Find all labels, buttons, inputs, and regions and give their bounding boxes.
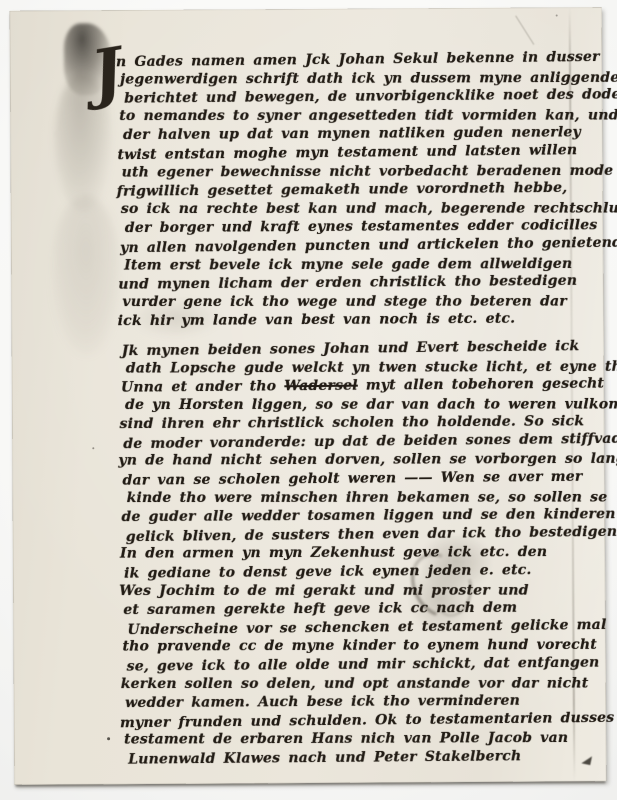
- ink-speck: [92, 447, 94, 449]
- manuscript-line: vurder gene ick tho wege und stege tho b…: [123, 292, 562, 311]
- paragraph: n Gades namen amen Jck Johan Sekul beken…: [120, 49, 562, 331]
- paper-crease-diagonal: [515, 16, 534, 45]
- ink-speck: [556, 14, 558, 16]
- manuscript-line: ick hir ym lande van best van noch is et…: [118, 310, 562, 331]
- manuscript-line: kerken sollen so delen, und opt anstande…: [121, 674, 564, 693]
- left-margin-smudge: [51, 195, 122, 355]
- manuscript-line: Lunenwald Klawes nach und Peter Stakelbe…: [128, 747, 564, 769]
- manuscript-line: dar van se scholen geholt weren —— Wen s…: [122, 468, 562, 490]
- manuscript-line: ik gediane to denst geve ick eynen jeden…: [124, 561, 563, 583]
- manuscript-line: Wes Jochim to de mi gerakt und mi proste…: [119, 581, 563, 600]
- page-corner-mark: [581, 754, 592, 765]
- manuscript-line: kinde tho were minschen ihren bekamen se…: [127, 488, 563, 507]
- manuscript-line: Unna et ander tho Wadersel myt allen tob…: [121, 375, 562, 397]
- manuscript-line: frigwillich gesettet gemaketh unde voror…: [117, 179, 561, 201]
- manuscript-line: Jk mynen beiden sones Johan und Evert be…: [122, 337, 562, 360]
- manuscript-line: to nemandes to syner angesetteden tidt v…: [119, 106, 560, 125]
- manuscript-line: de yn Horsten liggen, so se dar van dach…: [125, 395, 562, 414]
- manuscript-text: J n Gades namen amen Jck Johan Sekul bek…: [120, 49, 564, 768]
- manuscript-page: J n Gades namen amen Jck Johan Sekul bek…: [10, 7, 607, 785]
- photograph-background: J n Gades namen amen Jck Johan Sekul bek…: [0, 0, 617, 800]
- paragraph: Jk mynen beiden sones Johan und Evert be…: [122, 338, 565, 768]
- manuscript-line: und mynen licham der erden christlick th…: [119, 272, 562, 294]
- manuscript-line: so ick na rechte best kan und mach, bege…: [121, 199, 561, 218]
- manuscript-line: se, geve ick to alle olde und mir schick…: [126, 654, 564, 676]
- manuscript-line: berichtet und bewegen, de unvorbigenckli…: [124, 86, 560, 108]
- ink-speck: [107, 737, 110, 740]
